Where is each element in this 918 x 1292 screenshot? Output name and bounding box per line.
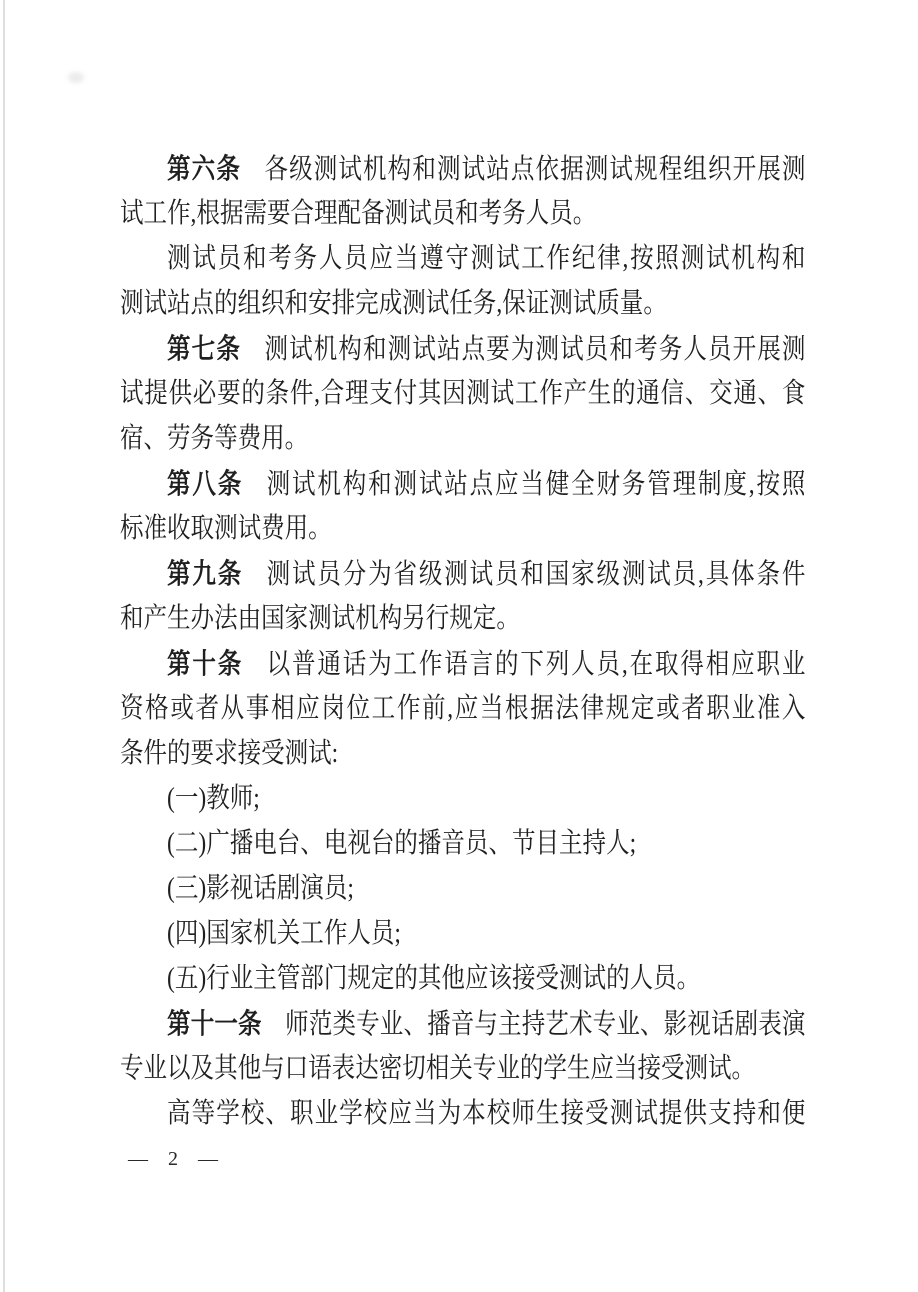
text-line: 专业以及其他与口语表达密切相关专业的学生应当接受测试。 (120, 1046, 805, 1091)
article-number: 第十条 (167, 648, 243, 679)
article-start-line: 第八条测试机构和测试站点应当健全财务管理制度,按照 (120, 461, 805, 506)
article-start-line: 第十条以普通话为工作语言的下列人员,在取得相应职业 (120, 641, 805, 686)
text-line: 资格或者从事相应岗位工作前,应当根据法律规定或者职业准入 (120, 686, 805, 731)
line-text: 各级测试机构和测试站点依据测试规程组织开展测 (264, 154, 805, 185)
text-line: (三)影视话剧演员; (120, 866, 805, 911)
text-line: 条件的要求接受测试: (120, 731, 805, 776)
line-text: 试提供必要的条件,合理支付其因测试工作产生的通信、交通、食 (120, 378, 805, 409)
text-line: 试提供必要的条件,合理支付其因测试工作产生的通信、交通、食 (120, 371, 805, 416)
line-text: (三)影视话剧演员; (167, 873, 354, 904)
line-text: 高等学校、职业学校应当为本校师生接受测试提供支持和便 (167, 1098, 805, 1129)
article-number: 第七条 (167, 333, 241, 364)
text-line: 宿、劳务等费用。 (120, 416, 805, 461)
article-start-line: 第十一条师范类专业、播音与主持艺术专业、影视话剧表演 (120, 1001, 805, 1046)
article-start-line: 第六条各级测试机构和测试站点依据测试规程组织开展测 (120, 146, 805, 191)
line-text: 和产生办法由国家测试机构另行规定。 (120, 603, 520, 634)
page-number: — 2 — (128, 1146, 222, 1172)
article-number: 第九条 (167, 558, 243, 589)
text-line: 试工作,根据需要合理配备测试员和考务人员。 (120, 191, 805, 236)
text-line: 测试站点的组织和安排完成测试任务,保证测试质量。 (120, 281, 805, 326)
line-text: 资格或者从事相应岗位工作前,应当根据法律规定或者职业准入 (120, 693, 805, 724)
article-number: 第十一条 (167, 1008, 262, 1039)
document-body: 第六条各级测试机构和测试站点依据测试规程组织开展测试工作,根据需要合理配备测试员… (120, 146, 805, 1136)
article-start-line: 第九条测试员分为省级测试员和国家级测试员,具体条件 (120, 551, 805, 596)
scanned-document-page: 第六条各级测试机构和测试站点依据测试规程组织开展测试工作,根据需要合理配备测试员… (0, 0, 918, 1292)
text-line: (一)教师; (120, 776, 805, 821)
line-text: 师范类专业、播音与主持艺术专业、影视话剧表演 (285, 1009, 805, 1040)
line-text: 专业以及其他与口语表达密切相关专业的学生应当接受测试。 (120, 1053, 755, 1084)
line-text: (五)行业主管部门规定的其他应该接受测试的人员。 (167, 963, 700, 994)
line-text: (二)广播电台、电视台的播音员、节目主持人; (167, 828, 636, 859)
text-line: (四)国家机关工作人员; (120, 911, 805, 956)
line-text: 测试站点的组织和安排完成测试任务,保证测试质量。 (120, 288, 667, 319)
text-line: 测试员和考务人员应当遵守测试工作纪律,按照测试机构和 (120, 236, 805, 281)
text-line: 标准收取测试费用。 (120, 506, 805, 551)
text-line: (五)行业主管部门规定的其他应该接受测试的人员。 (120, 956, 805, 1001)
scan-edge-artifact (3, 0, 5, 1292)
article-number: 第八条 (167, 468, 243, 499)
line-text: (一)教师; (167, 783, 260, 814)
line-text: 条件的要求接受测试: (120, 738, 338, 769)
line-text: 试工作,根据需要合理配备测试员和考务人员。 (120, 198, 596, 229)
line-text: 宿、劳务等费用。 (120, 423, 308, 454)
text-line: 高等学校、职业学校应当为本校师生接受测试提供支持和便 (120, 1091, 805, 1136)
scan-smudge (68, 72, 84, 83)
line-text: (四)国家机关工作人员; (167, 918, 401, 949)
article-number: 第六条 (167, 153, 241, 184)
article-start-line: 第七条测试机构和测试站点要为测试员和考务人员开展测 (120, 326, 805, 371)
text-line: (二)广播电台、电视台的播音员、节目主持人; (120, 821, 805, 866)
line-text: 测试机构和测试站点要为测试员和考务人员开展测 (264, 334, 805, 365)
line-text: 测试员和考务人员应当遵守测试工作纪律,按照测试机构和 (167, 243, 805, 274)
line-text: 以普通话为工作语言的下列人员,在取得相应职业 (267, 649, 806, 680)
line-text: 标准收取测试费用。 (120, 513, 332, 544)
line-text: 测试员分为省级测试员和国家级测试员,具体条件 (267, 559, 806, 590)
line-text: 测试机构和测试站点应当健全财务管理制度,按照 (267, 469, 806, 500)
text-line: 和产生办法由国家测试机构另行规定。 (120, 596, 805, 641)
